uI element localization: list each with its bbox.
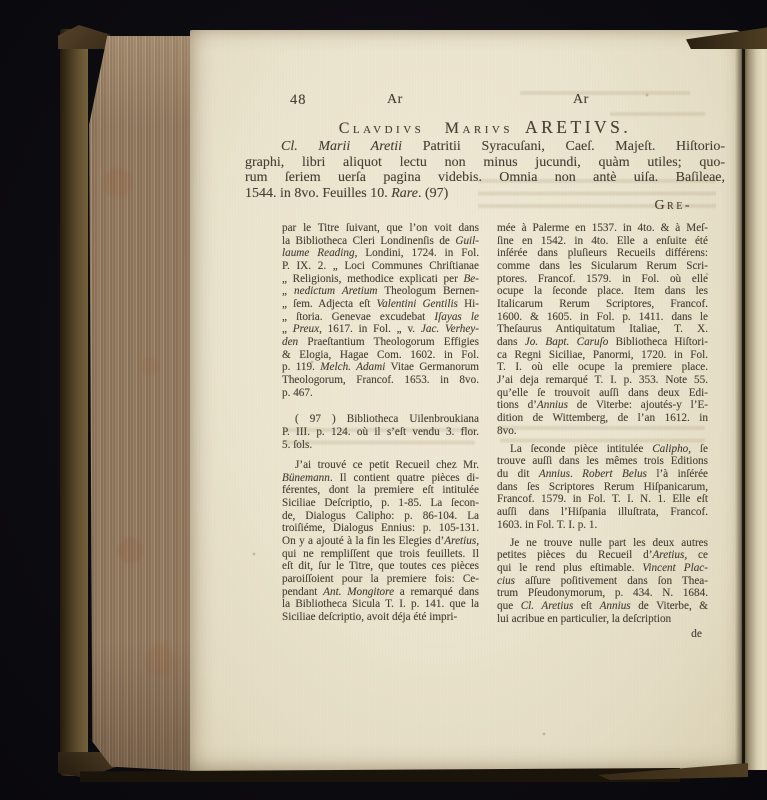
paragraph: Je ne trouve nulle part les deux autresp…	[497, 537, 708, 626]
text-line: comme dans les Sicularum Rerum Scri-	[497, 260, 708, 273]
text-line: p. 467.	[282, 387, 479, 400]
text-line: troiſiéme, Dialogus Ennius: p. 105-131.	[282, 522, 479, 535]
book-bottom-edge	[80, 768, 680, 782]
text-line: Francof. 1579. in Fol. T. I. N. 1. Elle …	[497, 493, 708, 506]
text-line: J’ai trouvé ce petit Recueil chez Mr.	[282, 459, 479, 472]
entry-heading-main: Clavdivs Marivs	[339, 120, 513, 137]
text-line: den Praeſtantium Theologorum Effigies	[282, 336, 479, 349]
text-line: lui acribue en particulier, la deſcripti…	[497, 613, 708, 626]
catchword-top: Gre-	[654, 198, 692, 214]
foxing-speck	[645, 93, 649, 97]
text-line: „ Preux, 1617. in Fol. „ v. Jac. Verhey-	[282, 323, 479, 336]
text-line: „ nedictum Aretium Theologum Bernen-	[282, 285, 479, 298]
running-head-right: Ar	[573, 92, 589, 108]
text-line: de, Dialogus Calipho: p. 86-104. La	[282, 510, 479, 523]
text-line: pendant Ant. Mongitore a remarqué dans	[282, 586, 479, 599]
text-line: ptores. Francof. 1579. in Fol. où elle	[497, 273, 708, 286]
text-line: Bünemann. Il contient quatre pièces di-	[282, 472, 479, 485]
text-line: „ Religionis, methodice explicati per Be…	[282, 273, 479, 286]
text-line: 1600. & 1605. in Fol. p. 1411. dans le	[497, 311, 708, 324]
text-line: ſine en 1542. in 4to. Elle a enſuite été	[497, 235, 708, 248]
text-line: „ ſem. Adjecta eſt Valentini Gentilis Hi…	[282, 298, 479, 311]
text-line: On y a ajouté à la fin les Elegies d’Are…	[282, 535, 479, 548]
show-through-ghost	[520, 91, 690, 101]
text-line: paroiſſoient pour la premiere fois: Ce-	[282, 573, 479, 586]
text-line: Siciliae deſcriptio, avoit déja été impr…	[282, 611, 479, 624]
text-line: La ſeconde pièce intitulée Calipho, ſe	[497, 443, 708, 456]
foxing-speck	[542, 732, 546, 736]
paragraph: La ſeconde pièce intitulée Calipho, ſetr…	[497, 443, 708, 532]
entry-heading-emphasis: ARETIVS.	[525, 117, 631, 137]
paragraph: mée à Palerme en 1537. in 4to. & à Meſ-ſ…	[497, 222, 708, 437]
text-line: inſérée dans pluſieurs Recueils différen…	[497, 247, 708, 260]
text-line: petites pièces du Recueil d’Aretius, ce	[497, 549, 708, 562]
text-line: P. IX. 2. „ Loci Communes Chriſtianae	[282, 260, 479, 273]
book-binding-edge	[60, 29, 88, 776]
text-line: ( 97 ) Bibliotheca Uilenbroukiana	[282, 413, 479, 426]
catchword-bottom: de	[691, 628, 702, 640]
text-line: 8vo.	[497, 425, 708, 438]
text-line: la Bibliotheca Cleri Londinenſis de Guil…	[282, 235, 479, 248]
text-line: qu’elle ſe trouvoit auſſi dans deux Edi-	[497, 387, 708, 400]
text-line: trouve auſſi dans les mêmes trois Editio…	[497, 455, 708, 468]
text-line: qui le rend plus eſtimable. Vincent Plac…	[497, 562, 708, 575]
text-line: P. III. p. 124. où il s’eſt vendu 3. flo…	[282, 426, 479, 439]
paragraph: Cl. Marii Aretii Patritii Syracuſani, Ca…	[245, 139, 725, 201]
facing-page-edge	[745, 42, 767, 770]
text-line: ocupe la ſeconde place. Item dans les	[497, 285, 708, 298]
foxing-speck	[252, 552, 256, 556]
scanned-book-photo: 48 Ar Ar Clavdivs MarivsARETIVS. Cl. Mar…	[0, 0, 767, 800]
entry-summary: Cl. Marii Aretii Patritii Syracuſani, Ca…	[245, 139, 725, 201]
text-line: Cl. Marii Aretii Patritii Syracuſani, Ca…	[245, 139, 725, 155]
text-line: par le Titre ſuivant, que l’on voit dans	[282, 222, 479, 235]
text-line: que Cl. Aretius eſt Annius de Viterbe, &	[497, 600, 708, 613]
paragraph: par le Titre ſuivant, que l’on voit dans…	[282, 222, 479, 399]
text-line: tions d’Annius de Viterbe: ajoutés-y l’E…	[497, 399, 708, 412]
text-line: Siciliae Deſcriptio, p. 1-85. La ſecon-	[282, 497, 479, 510]
text-line: rum ſeriem uerſa pagina videbis. Omnia n…	[245, 170, 725, 186]
text-line: 5. ſols.	[282, 439, 479, 452]
gutter-shadow	[735, 36, 745, 771]
text-line: férentes, dont la premiere eſt intitulée	[282, 484, 479, 497]
text-line: qui ne rempliſſent que trois feuillets. …	[282, 548, 479, 561]
left-column: par le Titre ſuivant, que l’on voit dans…	[282, 222, 479, 624]
text-line: eſt dit, ſur le Titre, que toutes ces pi…	[282, 560, 479, 573]
book-page: 48 Ar Ar Clavdivs MarivsARETIVS. Cl. Mar…	[190, 30, 742, 771]
text-line: ca Regni Siciliae, Panormi, 1720. in Fol…	[497, 349, 708, 362]
book-fore-edge-pages	[86, 36, 192, 771]
text-line: T. I. où elle ocupe la premiere place.	[497, 361, 708, 374]
entry-heading: Clavdivs MarivsARETIVS.	[245, 117, 725, 138]
text-line: 1603. in Fol. T. I. p. 1.	[497, 519, 708, 532]
text-line: Italicarum Rerum Scriptores, Francof.	[497, 298, 708, 311]
paragraph: ( 97 ) Bibliotheca UilenbroukianaP. III.…	[282, 413, 479, 451]
running-head-left: Ar	[387, 92, 403, 108]
text-line: Theſaurus Antiquitatum Italiae, T. X.	[497, 323, 708, 336]
text-line: & Elogia, Hagae Com. 1602. in Fol.	[282, 349, 479, 362]
text-line: laume Reading, Londini, 1724. in Fol.	[282, 247, 479, 260]
text-line: du dit Annius. Robert Belus l’à inſérée	[497, 468, 708, 481]
paragraph: J’ai trouvé ce petit Recueil chez Mr.Bün…	[282, 459, 479, 624]
text-line: la Bibliotheca Sicula T. I. p. 141. que …	[282, 598, 479, 611]
text-line: Je ne trouve nulle part les deux autres	[497, 537, 708, 550]
text-line: 1544. in 8vo. Feuilles 10. Rare. (97)	[245, 186, 725, 202]
text-line: dans Jo. Bapt. Caruſo Bibliotheca Hiſtor…	[497, 336, 708, 349]
text-line: dans ſes Scriptores Rerum Hiſpanicarum,	[497, 481, 708, 494]
text-line: graphi, libri aliquot lectu non minus ju…	[245, 155, 725, 171]
text-line: p. 119. Melch. Adami Vitae Germanorum	[282, 361, 479, 374]
text-line: auſſi dans l’Hiſpania illuſtrata, Franco…	[497, 506, 708, 519]
text-line: J’ai deja remarqué T. I. p. 353. Note 55…	[497, 374, 708, 387]
right-column: mée à Palerme en 1537. in 4to. & à Meſ-ſ…	[497, 222, 708, 625]
text-line: dition de Wittemberg, de l’an 1612. in	[497, 412, 708, 425]
text-line: cius aſſure poſitivement dans ſon Thea-	[497, 575, 708, 588]
text-line: trum Pſeudonymorum, p. 434. N. 1684.	[497, 587, 708, 600]
text-line: Theologorum, Francof. 1653. in 8vo.	[282, 374, 479, 387]
text-line: „ ſtoria. Genevae excudebat Iſayas le	[282, 311, 479, 324]
text-line: mée à Palerme en 1537. in 4to. & à Meſ-	[497, 222, 708, 235]
page-number: 48	[290, 92, 307, 109]
